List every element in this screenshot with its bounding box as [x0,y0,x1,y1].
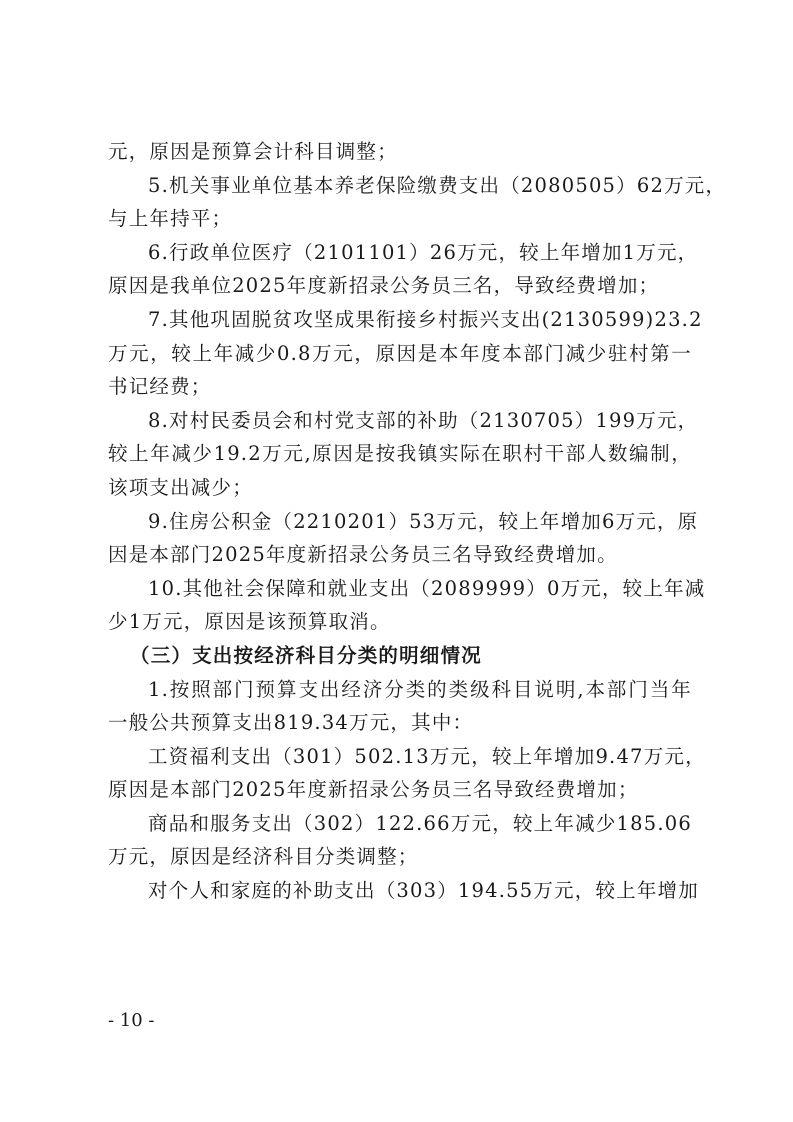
section-heading: （三）支出按经济科目分类的明细情况 [108,639,692,673]
paragraph-line: 5.机关事业单位基本养老保险缴费支出（2080505）62万元， [108,169,692,203]
paragraph-line: 原因是我单位2025年度新招录公务员三名，导致经费增加； [108,269,692,303]
paragraph-line: 少1万元，原因是该预算取消。 [108,605,692,639]
paragraph-line: 元，原因是预算会计科目调整； [108,135,692,169]
paragraph-line: 7.其他巩固脱贫攻坚成果衔接乡村振兴支出(2130599)23.2 [108,303,692,337]
paragraph-line: 对个人和家庭的补助支出（303）194.55万元，较上年增加 [108,874,692,908]
paragraph-line: 万元，原因是经济科目分类调整； [108,840,692,874]
paragraph-line: 与上年持平； [108,202,692,236]
paragraph-line: 万元，较上年减少0.8万元，原因是本年度本部门减少驻村第一 [108,337,692,371]
paragraph-line: 商品和服务支出（302）122.66万元，较上年减少185.06 [108,807,692,841]
paragraph-line: 1.按照部门预算支出经济分类的类级科目说明,本部门当年 [108,673,692,707]
paragraph-line: 8.对村民委员会和村党支部的补助（2130705）199万元， [108,404,692,438]
paragraph-line: 书记经费； [108,370,692,404]
paragraph-line: 该项支出减少； [108,471,692,505]
paragraph-line: 工资福利支出（301）502.13万元，较上年增加9.47万元， [108,740,692,774]
paragraph-line: 6.行政单位医疗（2101101）26万元，较上年增加1万元， [108,236,692,270]
paragraph-line: 因是本部门2025年度新招录公务员三名导致经费增加。 [108,538,692,572]
paragraph-line: 较上年减少19.2万元,原因是按我镇实际在职村干部人数编制， [108,437,692,471]
paragraph-line: 原因是本部门2025年度新招录公务员三名导致经费增加； [108,773,692,807]
paragraph-line: 一般公共预算支出819.34万元，其中： [108,706,692,740]
paragraph-line: 9.住房公积金（2210201）53万元，较上年增加6万元，原 [108,505,692,539]
page-number: - 10 - [108,1010,155,1031]
paragraph-line: 10.其他社会保障和就业支出（2089999）0万元，较上年减 [108,572,692,606]
document-page: 元，原因是预算会计科目调整； 5.机关事业单位基本养老保险缴费支出（208050… [108,135,692,908]
